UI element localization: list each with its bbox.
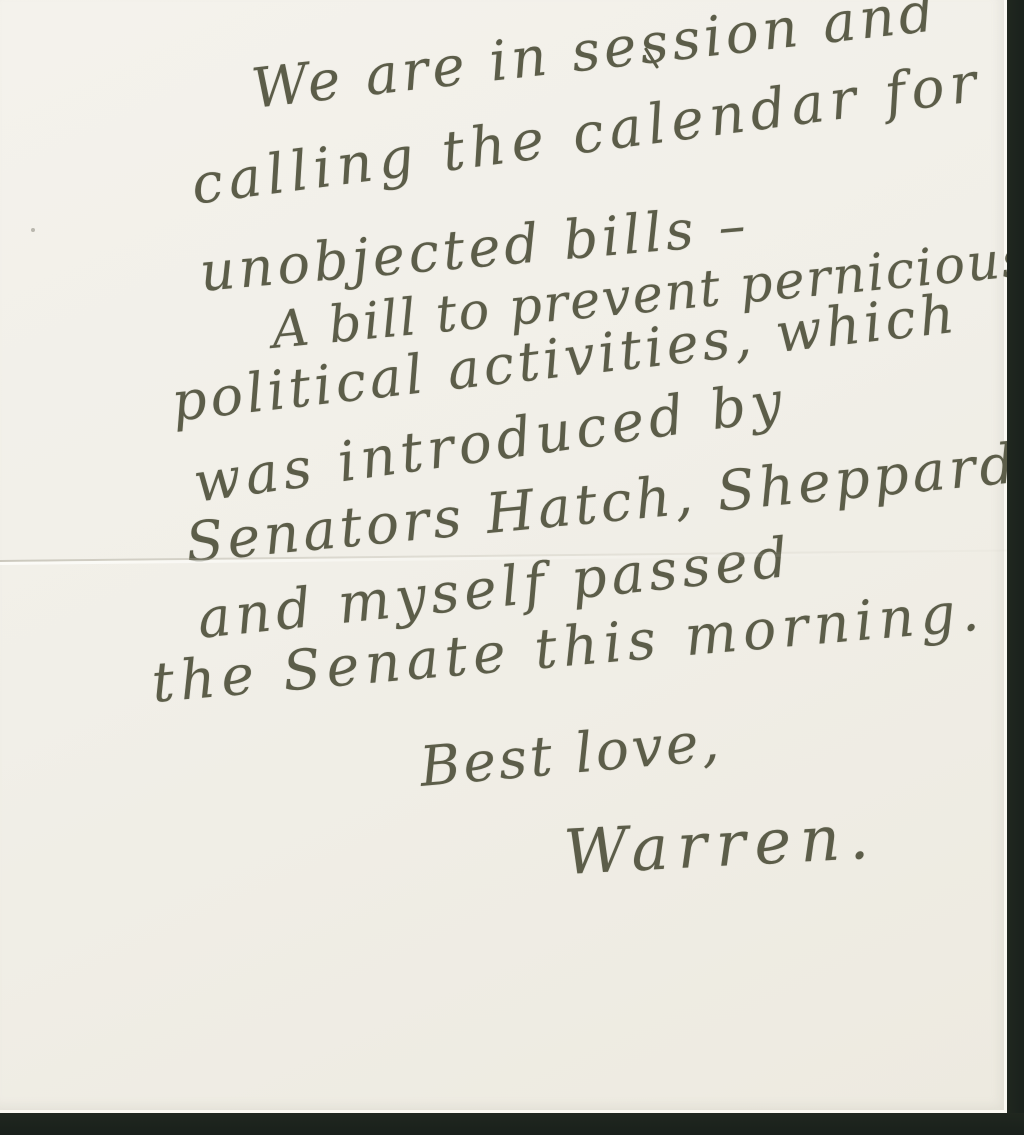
scan-background-right-edge <box>1007 0 1024 1135</box>
letter-signature: Warren. <box>562 806 879 884</box>
letter-closing: Best love, <box>418 714 724 795</box>
ink-speck <box>31 228 35 232</box>
letter-paper: We are in session and calling the calend… <box>0 0 1007 1113</box>
scan-background-bottom-edge <box>0 1113 1024 1135</box>
